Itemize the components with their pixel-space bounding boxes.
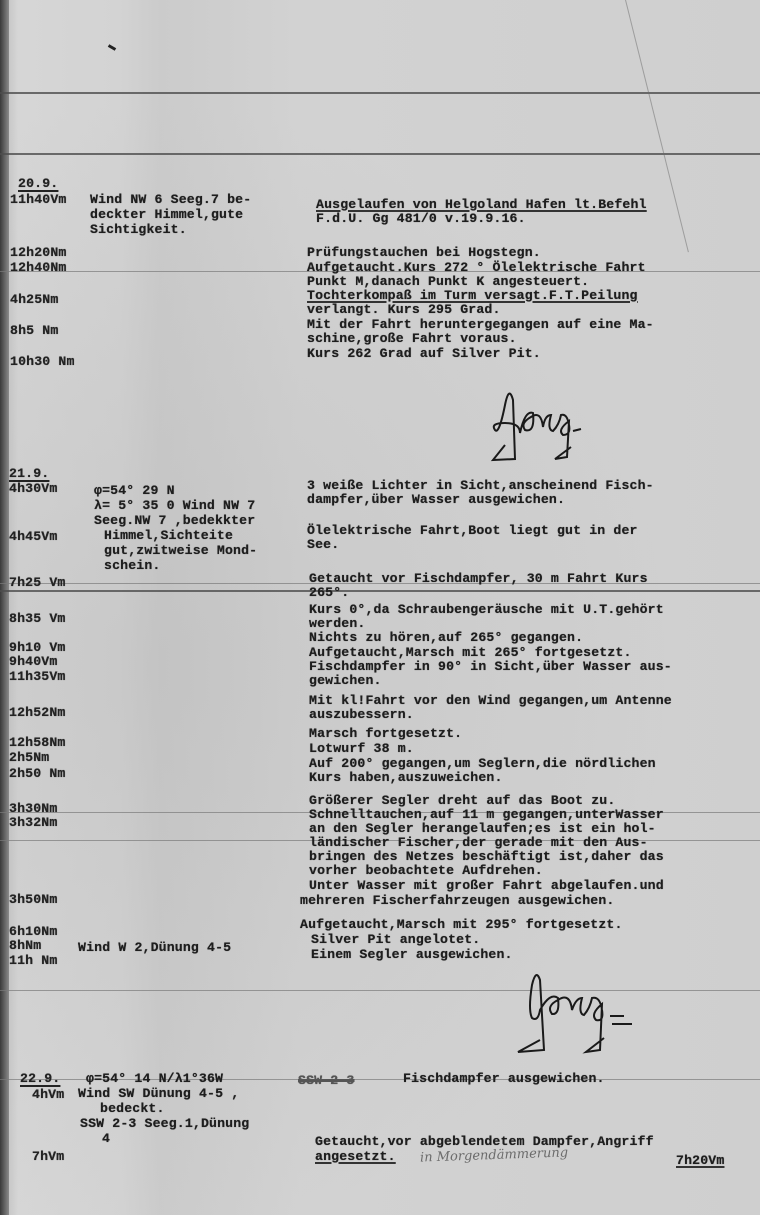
signature-georg: [485, 385, 595, 465]
conditions-text: SSW 2-3 Seeg.1,Dünung: [80, 1117, 249, 1131]
entry-time: 4hVm: [32, 1088, 64, 1102]
conditions-text: Wind W 2,Dünung 4-5: [78, 941, 231, 955]
event-text: Getaucht vor Fischdampfer, 30 m Fahrt Ku…: [309, 572, 648, 586]
event-text: Aufgetaucht,Marsch mit 295° fortgesetzt.: [300, 918, 623, 932]
entry-date: 22.9.: [20, 1072, 60, 1086]
event-text: Aufgetaucht.Kurs 272 ° Ölelektrische Fah…: [307, 261, 646, 275]
event-text: Silver Pit angelotet.: [311, 933, 480, 947]
event-text: Lotwurf 38 m.: [309, 742, 414, 756]
event-text: gewichen.: [309, 674, 382, 688]
event-text: ländischer Fischer,der gerade mit den Au…: [309, 836, 648, 850]
event-text: Größerer Segler dreht auf das Boot zu.: [309, 794, 615, 808]
conditions-text: Wind NW 6 Seeg.7 be-: [90, 193, 251, 207]
event-text: verlangt. Kurs 295 Grad.: [307, 303, 501, 317]
event-text: mehreren Fischerfahrzeugen ausgewichen.: [300, 894, 615, 908]
entry-time: 3h30Nm: [9, 802, 57, 816]
entry-time: 7hVm: [32, 1150, 64, 1164]
entry-time: 12h52Nm: [9, 706, 65, 720]
event-text: Nichts zu hören,auf 265° gegangen.: [309, 631, 583, 645]
signature-georg: [510, 970, 640, 1060]
entry-time: 12h20Nm: [10, 246, 66, 260]
conditions-text: φ=54° 29 N: [94, 484, 175, 498]
conditions-text: schein.: [104, 559, 160, 573]
ruled-line: [0, 990, 760, 991]
document-page: 20.9. 11h40Vm Wind NW 6 Seeg.7 be- deckt…: [0, 0, 760, 1215]
entry-time: 10h30 Nm: [10, 355, 75, 369]
entry-time: 6h10Nm: [9, 925, 57, 939]
entry-time: 4h30Vm: [9, 482, 57, 496]
event-text: angesetzt.: [315, 1150, 396, 1164]
event-text: Ölelektrische Fahrt,Boot liegt gut in de…: [307, 524, 638, 538]
event-text: Auf 200° gegangen,um Seglern,die nördlic…: [309, 757, 656, 771]
conditions-text: Seeg.NW 7 ,bedekkter: [94, 514, 255, 528]
entry-time: 9h40Vm: [9, 655, 57, 669]
entry-date: 20.9.: [18, 177, 58, 191]
event-text: Mit kl!Fahrt vor den Wind gegangen,um An…: [309, 694, 672, 708]
entry-time: 12h58Nm: [9, 736, 65, 750]
ruled-line: [0, 590, 760, 592]
event-text: bringen des Netzes beschäftigt ist,daher…: [309, 850, 664, 864]
entry-time: 2h50 Nm: [9, 767, 65, 781]
event-text: Unter Wasser mit großer Fahrt abgelaufen…: [309, 879, 664, 893]
event-text: Fischdampfer in 90° in Sicht,über Wasser…: [309, 660, 672, 674]
entry-time: 4h45Vm: [9, 530, 57, 544]
entry-time: 3h50Nm: [9, 893, 57, 907]
conditions-text: gut,zwitweise Mond-: [104, 544, 257, 558]
event-text: Fischdampfer ausgewichen.: [403, 1072, 605, 1086]
struck-text: SSW 2-3: [298, 1074, 354, 1088]
entry-time: 8hNm: [9, 939, 41, 953]
conditions-text: bedeckt.: [100, 1102, 165, 1116]
entry-time: 3h32Nm: [9, 816, 57, 830]
event-text: Getaucht,vor abgeblendetem Dampfer,Angri…: [315, 1135, 654, 1149]
entry-time: 11h40Vm: [10, 193, 66, 207]
event-text: Kurs haben,auszuweichen.: [309, 771, 503, 785]
conditions-text: 4: [102, 1132, 110, 1146]
entry-date: 21.9.: [9, 467, 49, 481]
event-text: F.d.U. Gg 481/0 v.19.9.16.: [316, 212, 526, 226]
entry-time: 9h10 Vm: [9, 641, 65, 655]
event-text: dampfer,über Wasser ausgewichen.: [307, 493, 565, 507]
ruled-line: [0, 92, 760, 94]
event-text: Kurs 0°,da Schraubengeräusche mit U.T.ge…: [309, 603, 664, 617]
entry-time: 4h25Nm: [10, 293, 58, 307]
event-text: See.: [307, 538, 339, 552]
conditions-text: Himmel,Sichteite: [104, 529, 233, 543]
film-edge: [0, 0, 9, 1215]
ruled-line: [0, 153, 760, 155]
event-text: auszubessern.: [309, 708, 414, 722]
conditions-text: λ= 5° 35 0 Wind NW 7: [94, 499, 255, 513]
entry-time: 11h35Vm: [9, 670, 65, 684]
event-text: vorher beobachtete Aufdrehen.: [309, 864, 543, 878]
conditions-text: φ=54° 14 N/λ1°36W: [86, 1072, 223, 1086]
entry-time: 8h35 Vm: [9, 612, 65, 626]
event-text: an den Segler herangelaufen;es ist ein h…: [309, 822, 656, 836]
conditions-text: deckter Himmel,gute: [90, 208, 243, 222]
conditions-text: Sichtigkeit.: [90, 223, 187, 237]
event-text: Mit der Fahrt heruntergegangen auf eine …: [307, 318, 654, 332]
event-text: Ausgelaufen von Helgoland Hafen lt.Befeh…: [316, 198, 647, 212]
event-text: 3 weiße Lichter in Sicht,anscheinend Fis…: [307, 479, 654, 493]
event-text: Kurs 262 Grad auf Silver Pit.: [307, 347, 541, 361]
event-text: Punkt M,danach Punkt K angesteuert.: [307, 275, 589, 289]
entry-time: 2h5Nm: [9, 751, 49, 765]
event-text: Tochterkompaß im Turm versagt.F.T.Peilun…: [307, 289, 638, 303]
event-text: Aufgetaucht,Marsch mit 265° fortgesetzt.: [309, 646, 632, 660]
event-text: 265°.: [309, 586, 349, 600]
ink-speck: [108, 44, 116, 51]
end-time: 7h20Vm: [676, 1154, 724, 1168]
event-text: Prüfungstauchen bei Hogstegn.: [307, 246, 541, 260]
event-text: schine,große Fahrt voraus.: [307, 332, 517, 346]
event-text: werden.: [309, 617, 365, 631]
conditions-text: Wind SW Dünung 4-5 ,: [78, 1087, 239, 1101]
entry-time: 12h40Nm: [10, 261, 66, 275]
fold-crease: [625, 0, 689, 252]
event-text: Schnelltauchen,auf 11 m gegangen,unterWa…: [309, 808, 664, 822]
event-text: Einem Segler ausgewichen.: [311, 948, 513, 962]
event-text: Marsch fortgesetzt.: [309, 727, 462, 741]
entry-time: 7h25 Vm: [9, 576, 65, 590]
entry-time: 8h5 Nm: [10, 324, 58, 338]
entry-time: 11h Nm: [9, 954, 57, 968]
